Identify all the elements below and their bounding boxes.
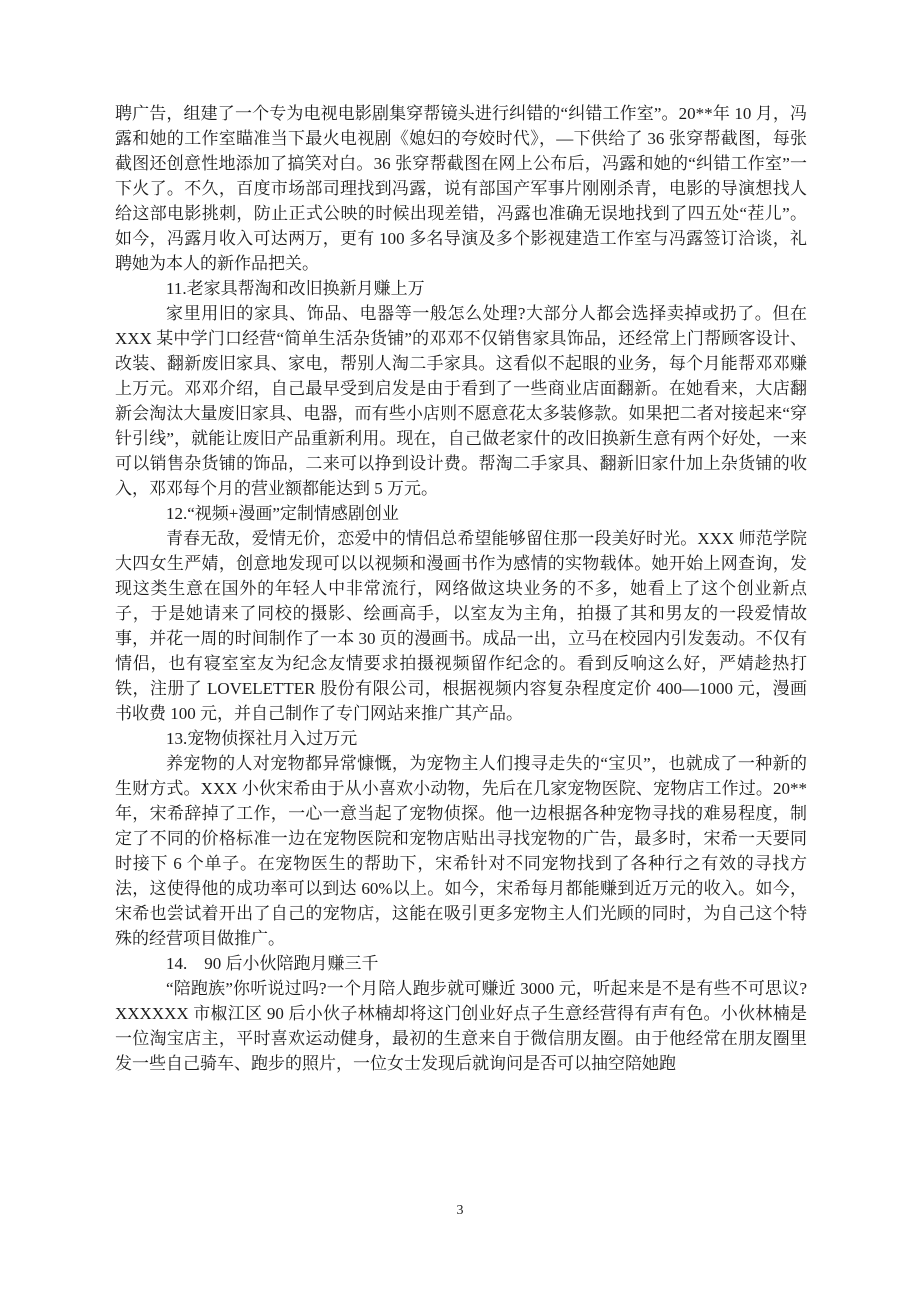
- section-heading: 13.宠物侦探社月入过万元: [115, 726, 807, 751]
- paragraph: 养宠物的人对宠物都异常慷慨，为宠物主人们搜寻走失的“宝贝”，也就成了一种新的生财…: [115, 751, 807, 951]
- paragraph: 聘广告，组建了一个专为电视电影剧集穿帮镜头进行纠错的“纠错工作室”。20**年 …: [115, 101, 807, 276]
- section-heading: 14. 90 后小伙陪跑月赚三千: [115, 951, 807, 976]
- document-body: 聘广告，组建了一个专为电视电影剧集穿帮镜头进行纠错的“纠错工作室”。20**年 …: [115, 101, 807, 1076]
- paragraph: “陪跑族”你听说过吗?一个月陪人跑步就可赚近 3000 元，听起来是不是有些不可…: [115, 976, 807, 1076]
- section-heading: 12.“视频+漫画”定制情感剧创业: [115, 501, 807, 526]
- paragraph: 青春无敌，爱情无价，恋爱中的情侣总希望能够留住那一段美好时光。XXX 师范学院大…: [115, 526, 807, 726]
- section-heading: 11.老家具帮淘和改旧换新月赚上万: [115, 276, 807, 301]
- document-page: 聘广告，组建了一个专为电视电影剧集穿帮镜头进行纠错的“纠错工作室”。20**年 …: [0, 0, 920, 1302]
- page-number: 3: [0, 1201, 920, 1221]
- paragraph: 家里用旧的家具、饰品、电器等一般怎么处理?大部分人都会选择卖掉或扔了。但在 XX…: [115, 301, 807, 501]
